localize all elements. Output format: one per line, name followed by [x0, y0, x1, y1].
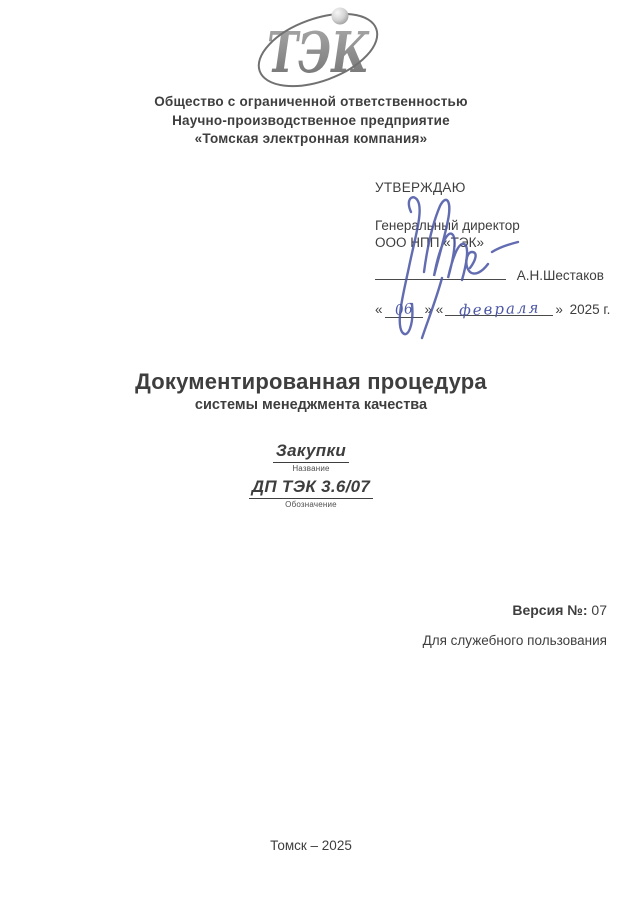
signer-position-line-2: ООО НПП «ТЭК»	[375, 234, 620, 251]
document-designation: ДП ТЭК 3.6/07	[249, 477, 373, 499]
version-value: 07	[591, 602, 607, 618]
tek-logo-graphic: ТЭК	[248, 2, 388, 96]
handwritten-month: февраля	[458, 299, 540, 320]
designation-caption: Обозначение	[0, 500, 622, 509]
restriction-label: Для служебного пользования	[423, 633, 607, 648]
document-title: Документированная процедура	[0, 369, 622, 395]
document-page: ТЭК Общество с ограниченной ответственно…	[0, 0, 622, 899]
month-underline: февраля	[445, 300, 553, 316]
quote-close-month: »	[555, 302, 563, 317]
version-label: Версия №:	[512, 602, 587, 618]
company-line-2: Научно-производственное предприятие	[0, 112, 622, 131]
signer-name: А.Н.Шестаков	[517, 268, 604, 283]
logo-text: ТЭК	[267, 20, 370, 86]
tek-logo: ТЭК	[248, 2, 388, 96]
signature-row: А.Н.Шестаков	[375, 266, 620, 283]
city-year: Томск – 2025	[0, 838, 622, 853]
handwritten-day: 06	[394, 301, 414, 319]
day-underline: 06	[385, 302, 423, 318]
approval-block: УТВЕРЖДАЮ Генеральный директор ООО НПП «…	[375, 180, 620, 318]
signer-position-line-1: Генеральный директор	[375, 217, 620, 234]
signer-position: Генеральный директор ООО НПП «ТЭК»	[375, 217, 620, 251]
document-subtitle: системы менеджмента качества	[0, 397, 622, 413]
signature-line	[375, 266, 506, 280]
quote-close-day: »	[425, 302, 433, 317]
orbit-sphere	[332, 8, 349, 25]
company-line-3: «Томская электронная компания»	[0, 130, 622, 149]
company-name-block: Общество с ограниченной ответственностью…	[0, 93, 622, 149]
document-name: Закупки	[273, 441, 349, 463]
name-caption: Название	[0, 464, 622, 473]
date-year: 2025 г.	[570, 302, 611, 317]
version-row: Версия №: 07	[512, 602, 607, 618]
document-name-block: Закупки Название ДП ТЭК 3.6/07 Обозначен…	[0, 441, 622, 513]
quote-open-month: «	[436, 302, 444, 317]
quote-open-day: «	[375, 302, 383, 317]
date-row: «06» «февраля» 2025 г.	[375, 300, 620, 318]
approve-label: УТВЕРЖДАЮ	[375, 180, 620, 195]
company-line-1: Общество с ограниченной ответственностью	[0, 93, 622, 112]
